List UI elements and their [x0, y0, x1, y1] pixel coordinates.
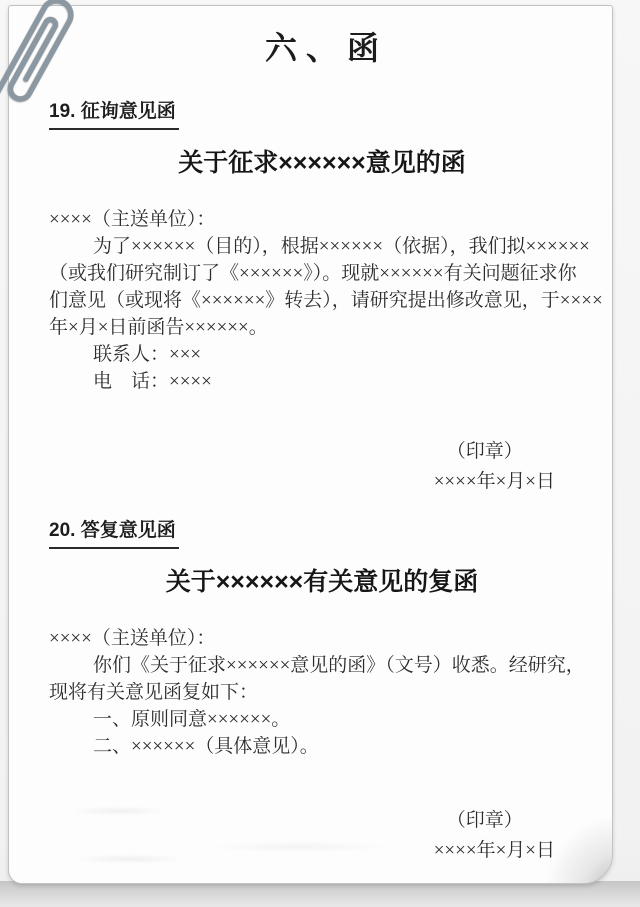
body-line: 现将有关意见函复如下： [49, 679, 595, 706]
letter-19-heading-text: 19. 征询意见函 [49, 100, 179, 130]
paper-smudges [29, 799, 572, 869]
body-line: 们意见（或现将《××××××》转去），请研究提出修改意见，于×××× [49, 287, 595, 314]
body-line: 一、原则同意××××××。 [49, 706, 595, 733]
contact-phone-line: 电 话：×××× [49, 368, 595, 395]
desk-background [0, 881, 640, 907]
letter-19-signature-block: （印章） ××××年×月×日 [434, 437, 555, 497]
body-line: 年×月×日前函告××××××。 [49, 314, 595, 341]
letter-19-title: 关于征求××××××意见的函 [49, 146, 595, 180]
letter-19-body: ××××（主送单位）： 为了××××××（目的），根据××××××（依据），我们… [49, 206, 595, 395]
body-line: ××××（主送单位）： [49, 206, 595, 233]
seal-placeholder: （印章） [434, 437, 555, 467]
letter-19: 19. 征询意见函 关于征求××××××意见的函 ××××（主送单位）： 为了×… [49, 100, 595, 497]
body-line: 为了××××××（目的），根据××××××（依据），我们拟×××××× [49, 233, 595, 260]
body-line: 你们《关于征求××××××意见的函》（文号）收悉。经研究， [49, 652, 595, 679]
body-line: （或我们研究制订了《××××××》）。现就××××××有关问题征求你 [49, 260, 595, 287]
page-content: 六、函 19. 征询意见函 关于征求××××××意见的函 ××××（主送单位）：… [49, 6, 595, 866]
page-curl [538, 809, 613, 884]
contact-person-line: 联系人：××× [49, 341, 595, 368]
letter-20-title: 关于××××××有关意见的复函 [49, 565, 595, 599]
section-title: 六、函 [49, 28, 595, 68]
paper-sheet: 六、函 19. 征询意见函 关于征求××××××意见的函 ××××（主送单位）：… [8, 5, 613, 884]
letter-20-heading-text: 20. 答复意见函 [49, 519, 179, 549]
letter-20-body: ××××（主送单位）： 你们《关于征求××××××意见的函》（文号）收悉。经研究… [49, 625, 595, 760]
body-line: 二、××××××（具体意见）。 [49, 733, 595, 760]
letter-20-heading: 20. 答复意见函 [49, 519, 595, 549]
letter-19-heading: 19. 征询意见函 [49, 100, 595, 130]
date-line: ××××年×月×日 [434, 467, 555, 497]
body-line: ××××（主送单位）： [49, 625, 595, 652]
